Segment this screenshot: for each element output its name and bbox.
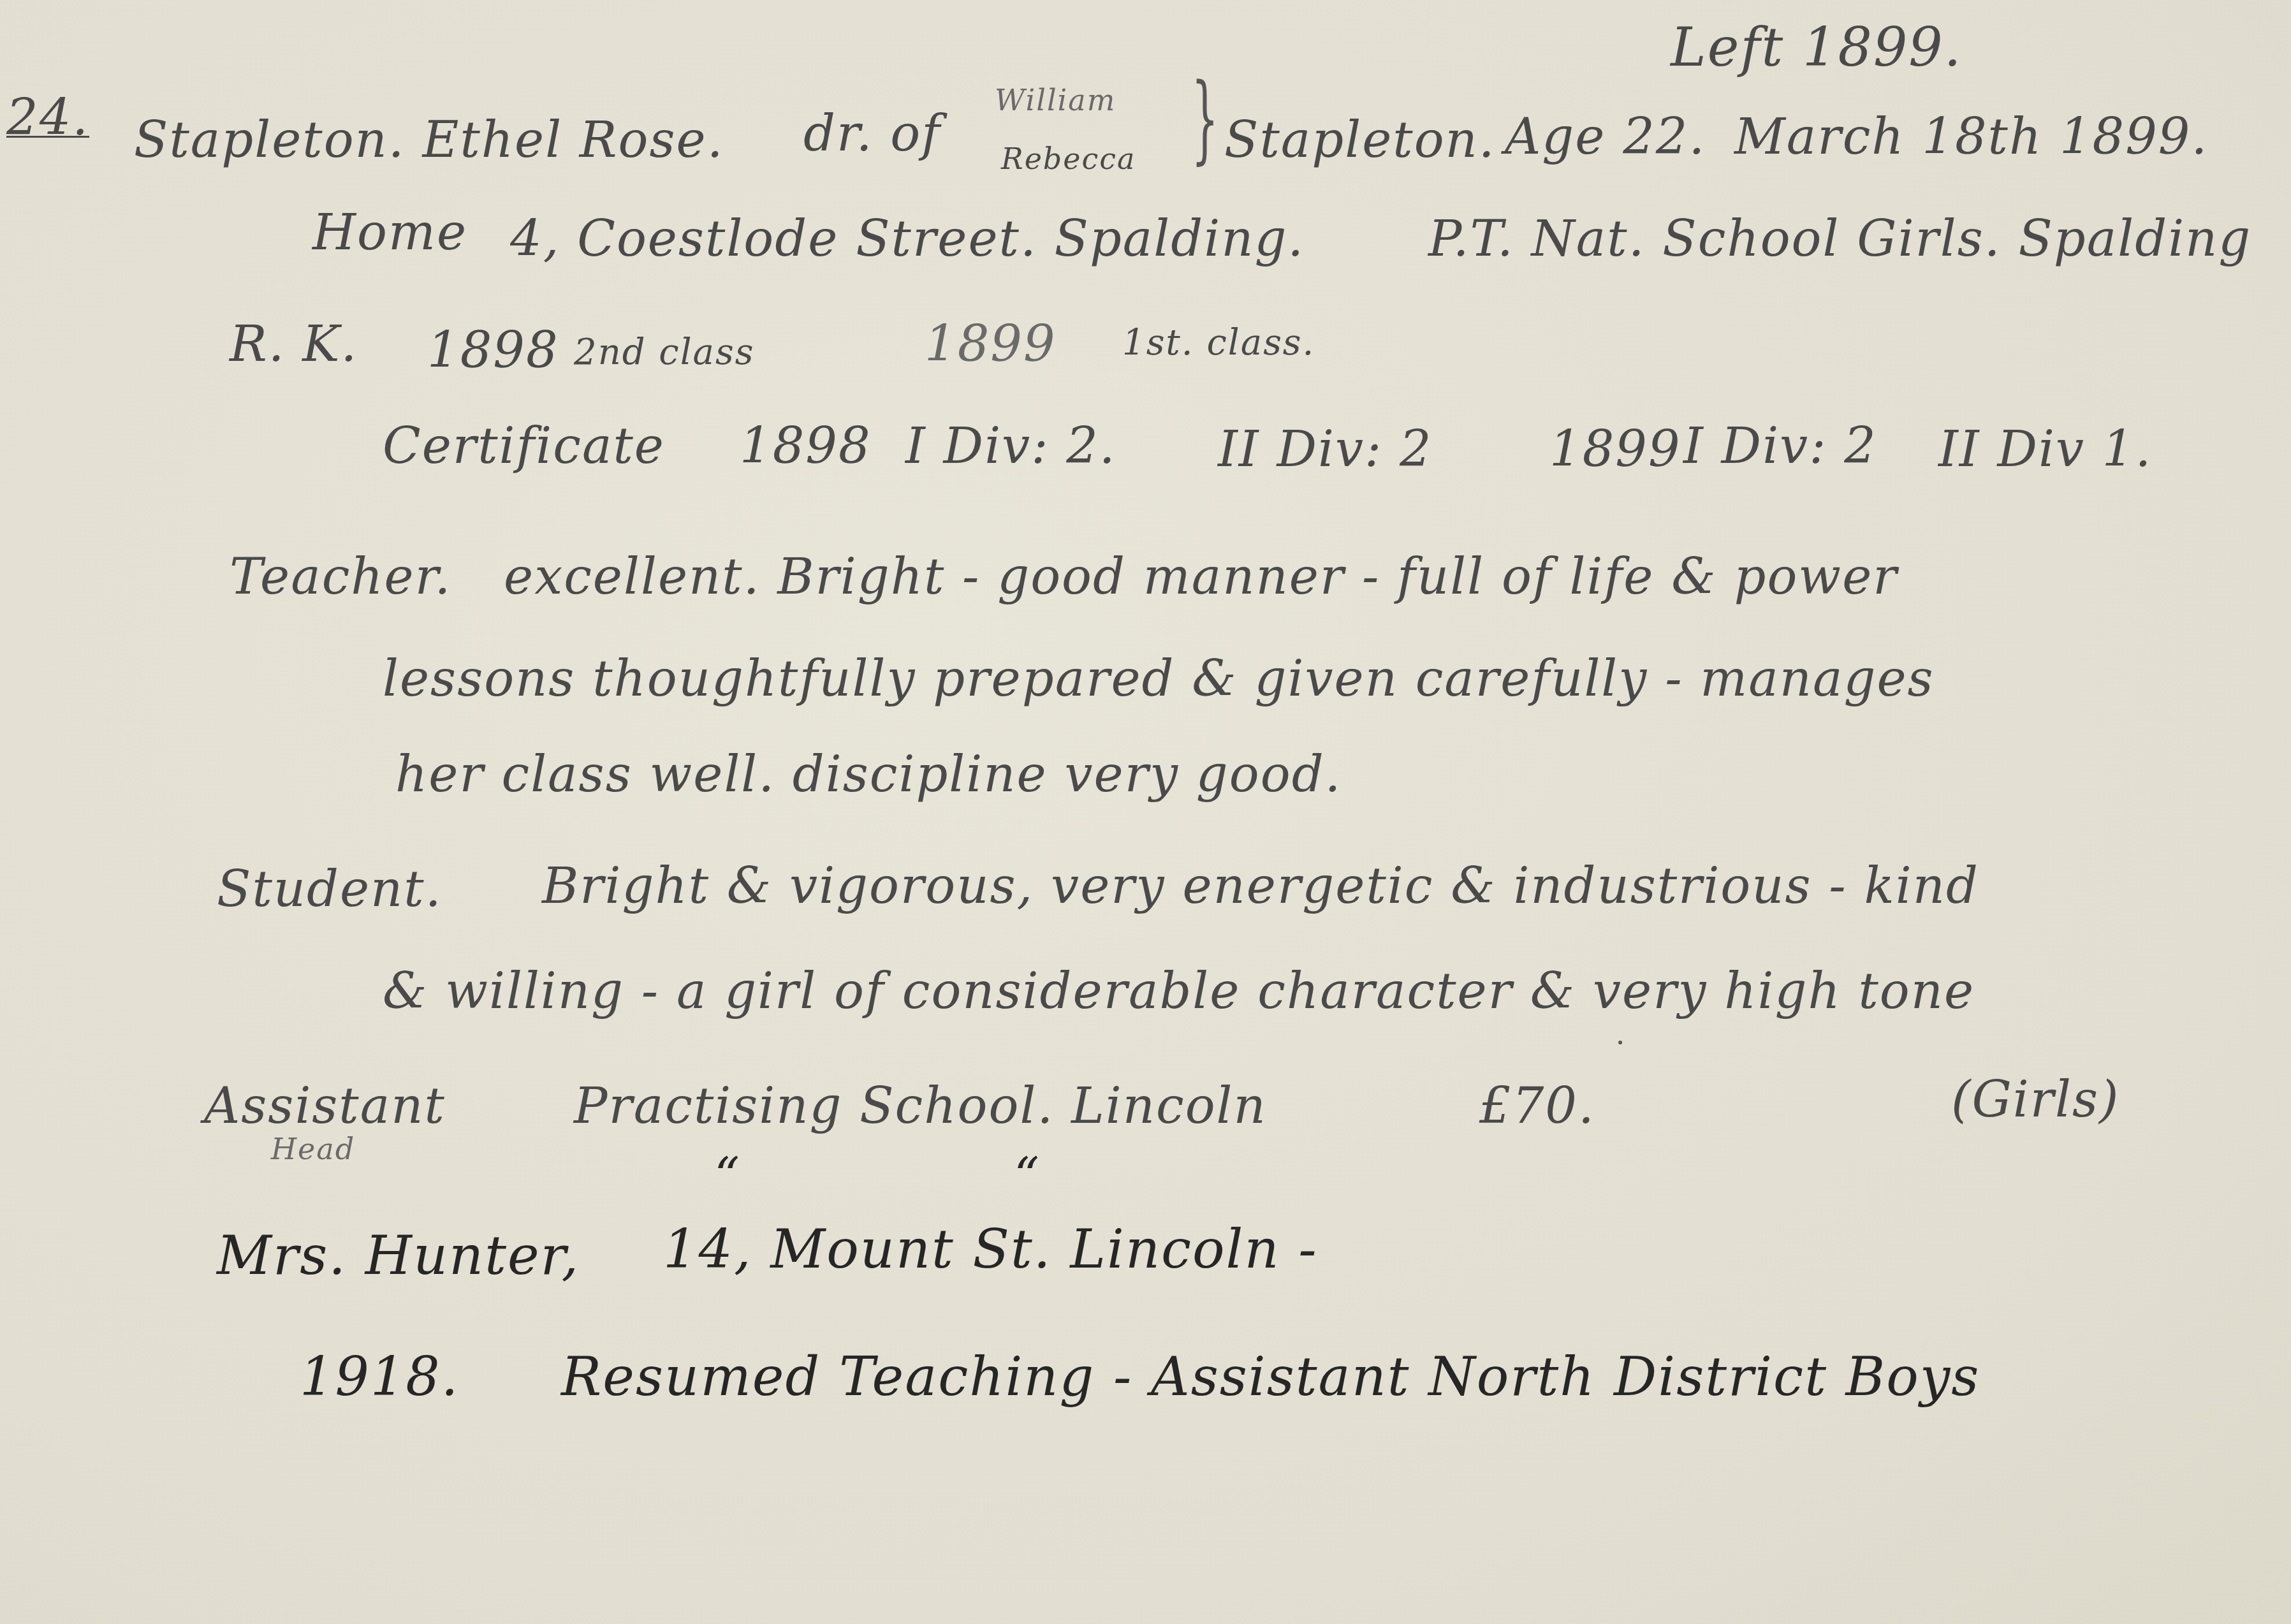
certificate-1898-div1: I Div: 2. <box>905 418 1116 475</box>
student-remarks-line1: Bright & vigorous, very energetic & indu… <box>542 858 1979 915</box>
student-age: Age 22. <box>1505 108 1706 166</box>
certificate-1899-div1: I Div: 2 <box>1683 418 1877 475</box>
teacher-remarks-line1: excellent. Bright - good manner - full o… <box>504 548 1898 606</box>
register-page: Left 1899. 24. Stapleton. Ethel Rose. dr… <box>0 0 2291 1624</box>
certificate-label: Certificate <box>383 418 665 475</box>
appointment-role-amendment: Head <box>271 1132 355 1166</box>
appointment-salary: £70. <box>1479 1078 1595 1135</box>
home-label: Home <box>312 204 467 261</box>
ink-speck <box>1618 1041 1622 1044</box>
certificate-year-1899: 1899 <box>1549 421 1681 478</box>
parent-surname: Stapleton. <box>1224 112 1496 169</box>
entry-number: 24. <box>6 89 89 147</box>
certificate-year-1898: 1898 <box>740 418 872 475</box>
daughter-of-label: dr. of <box>803 105 941 163</box>
certificate-1899-div2: II Div 1. <box>1938 421 2152 478</box>
rk-year-1899: 1899 <box>925 316 1057 373</box>
appointment-school: Practising School. Lincoln <box>574 1078 1267 1135</box>
left-date-note: Left 1899. <box>1671 16 1963 78</box>
resumed-year: 1918. <box>300 1345 459 1408</box>
appointment-note: (Girls) <box>1951 1071 2119 1129</box>
contact-name: Mrs. Hunter, <box>217 1224 580 1287</box>
home-address: 4, Coestlode Street. Spalding. <box>510 210 1305 268</box>
teacher-remarks-line2: lessons thoughtfully prepared & given ca… <box>383 650 1935 708</box>
rk-class-1898: 2nd class <box>574 332 754 373</box>
bracket-brace: } <box>1191 64 1219 175</box>
pupil-teacher-school: P.T. Nat. School Girls. Spalding <box>1428 210 2251 268</box>
teacher-remarks-line3: her class well. discipline very good. <box>395 746 1342 803</box>
contact-address: 14, Mount St. Lincoln - <box>663 1218 1318 1280</box>
rk-class-1899: 1st. class. <box>1122 322 1315 363</box>
ditto-mark: “ <box>1014 1148 1041 1205</box>
resumed-teaching-note: Resumed Teaching - Assistant North Distr… <box>561 1345 1980 1408</box>
student-remarks-line2: & willing - a girl of considerable chara… <box>383 963 1975 1020</box>
appointment-role: Assistant <box>204 1078 446 1135</box>
rk-year-1898: 1898 <box>427 322 559 379</box>
ditto-mark: “ <box>714 1148 741 1205</box>
certificate-1898-div2: II Div: 2 <box>1218 421 1433 478</box>
father-name: William <box>995 83 1116 117</box>
mother-name: Rebecca <box>1001 142 1136 176</box>
rk-label: R. K. <box>230 316 358 373</box>
student-label: Student. <box>217 861 442 918</box>
entry-date: March 18th 1899. <box>1734 108 2208 166</box>
teacher-label: Teacher. <box>230 548 451 606</box>
student-name: Stapleton. Ethel Rose. <box>134 112 724 169</box>
